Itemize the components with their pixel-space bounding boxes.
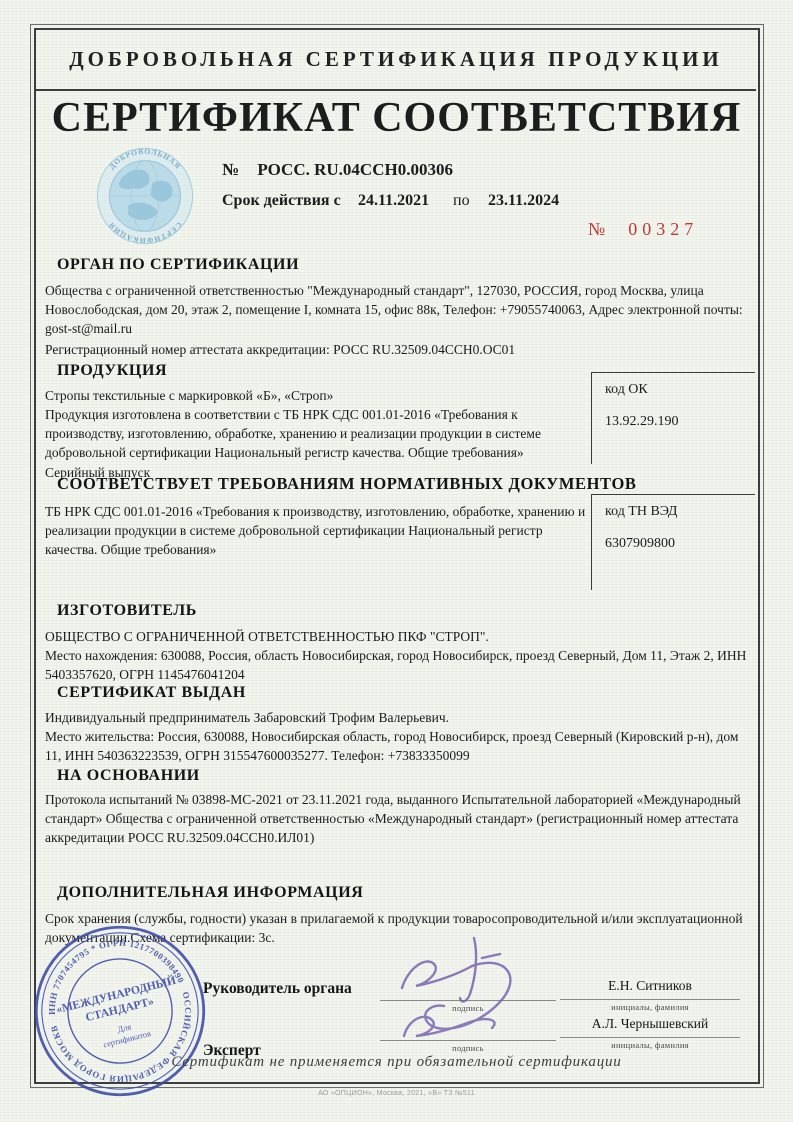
product-description: Продукция изготовлена в соответствии с Т… (45, 405, 587, 462)
code-ok-label: код ОК (605, 382, 755, 398)
valid-to-label: по (453, 192, 470, 210)
basis-protocol: Протокола испытаний № 03898-МС-2021 от 2… (45, 790, 751, 847)
stamp-center-line3: Для (117, 1022, 133, 1034)
issued-to-address: Место жительства: Россия, 630088, Новоси… (45, 727, 751, 765)
head-name: Е.Н. Ситников (562, 978, 738, 994)
section-body-basis: Протокола испытаний № 03898-МС-2021 от 2… (45, 790, 751, 847)
section-title-requirements: СООТВЕТСТВУЕТ ТРЕБОВАНИЯМ НОРМАТИВНЫХ ДО… (57, 474, 637, 494)
code-ok-box: код ОК 13.92.29.190 (591, 372, 755, 464)
page-title: СЕРТИФИКАТ СООТВЕТСТВИЯ (34, 94, 759, 142)
certificate-of-conformity-document: ДОБРОВОЛЬНАЯ СЕРТИФИКАЦИЯ ПРОДУКЦИИ СЕРТ… (0, 0, 793, 1122)
print-house-info: АО «ОПЦИОН», Москва, 2021, «В» ТЗ №511 (0, 1090, 793, 1097)
code-tnved-label: код ТН ВЭД (605, 504, 755, 520)
section-title-issued-to: СЕРТИФИКАТ ВЫДАН (57, 684, 246, 702)
requirements-document: ТБ НРК СДС 001.01-2016 «Требования к про… (45, 502, 587, 559)
section-title-additional-info: ДОПОЛНИТЕЛЬНАЯ ИНФОРМАЦИЯ (57, 884, 363, 902)
code-tnved-box: код ТН ВЭД 6307909800 (591, 494, 755, 590)
disclaimer-text: Сертификат не применяется при обязательн… (34, 1054, 759, 1071)
certificate-number-sign: № (222, 160, 239, 179)
certificate-number-value: РОСС. RU.04ССН0.00306 (257, 160, 453, 179)
manufacturer-name: ОБЩЕСТВО С ОГРАНИЧЕННОЙ ОТВЕТСТВЕННОСТЬЮ… (45, 627, 751, 646)
valid-to-date: 23.11.2024 (488, 192, 559, 210)
expert-name-line (560, 1037, 740, 1038)
section-title-basis: НА ОСНОВАНИИ (57, 767, 200, 785)
banner-text: ДОБРОВОЛЬНАЯ СЕРТИФИКАЦИЯ ПРОДУКЦИИ (69, 47, 723, 72)
certification-body-accreditation: Регистрационный номер аттестата аккредит… (45, 340, 751, 359)
code-ok-value: 13.92.29.190 (605, 414, 755, 430)
form-number-sign: № (588, 219, 606, 239)
valid-from-date: 24.11.2021 (358, 192, 429, 210)
expert-name-caption: инициалы, фамилия (560, 1040, 740, 1050)
organization-round-stamp: ИНН 7707454795 * ОГРН 1217700398490 РОСС… (24, 918, 216, 1104)
section-body-certification-body: Общества с ограниченной ответственностью… (45, 281, 751, 360)
certification-body-address: Общества с ограниченной ответственностью… (45, 281, 751, 338)
validity-label: Срок действия с (222, 192, 341, 210)
head-name-line (560, 999, 740, 1000)
expert-name: А.Л. Чернышевский (562, 1016, 738, 1032)
section-body-product: Стропы текстильные с маркировкой «Б», «С… (45, 386, 587, 482)
banner-voluntary-certification: ДОБРОВОЛЬНАЯ СЕРТИФИКАЦИЯ ПРОДУКЦИИ (36, 29, 756, 91)
section-body-requirements: ТБ НРК СДС 001.01-2016 «Требования к про… (45, 502, 587, 559)
section-body-manufacturer: ОБЩЕСТВО С ОГРАНИЧЕННОЙ ОТВЕТСТВЕННОСТЬЮ… (45, 627, 751, 684)
section-title-product: ПРОДУКЦИЯ (57, 362, 167, 380)
head-name-caption: инициалы, фамилия (560, 1002, 740, 1012)
code-tnved-value: 6307909800 (605, 536, 755, 552)
manufacturer-address: Место нахождения: 630088, Россия, област… (45, 646, 751, 684)
issued-to-name: Индивидуальный предприниматель Забаровск… (45, 708, 751, 727)
voluntary-certification-watermark-stamp: ДОБРОВОЛЬНАЯ СЕРТИФИКАЦИЯ (86, 140, 204, 252)
product-name: Стропы текстильные с маркировкой «Б», «С… (45, 386, 587, 405)
form-number-digits: 00327 (628, 219, 698, 239)
section-title-manufacturer: ИЗГОТОВИТЕЛЬ (57, 602, 197, 620)
head-of-body-label: Руководитель органа (203, 980, 352, 998)
section-body-issued-to: Индивидуальный предприниматель Забаровск… (45, 708, 751, 765)
form-number: №00327 (588, 219, 698, 240)
head-signature-stroke (402, 938, 500, 1001)
handwritten-signatures (388, 930, 568, 1070)
certificate-number-row: № РОСС. RU.04ССН0.00306 (222, 160, 453, 180)
section-title-certification-body: ОРГАН ПО СЕРТИФИКАЦИИ (57, 256, 299, 274)
